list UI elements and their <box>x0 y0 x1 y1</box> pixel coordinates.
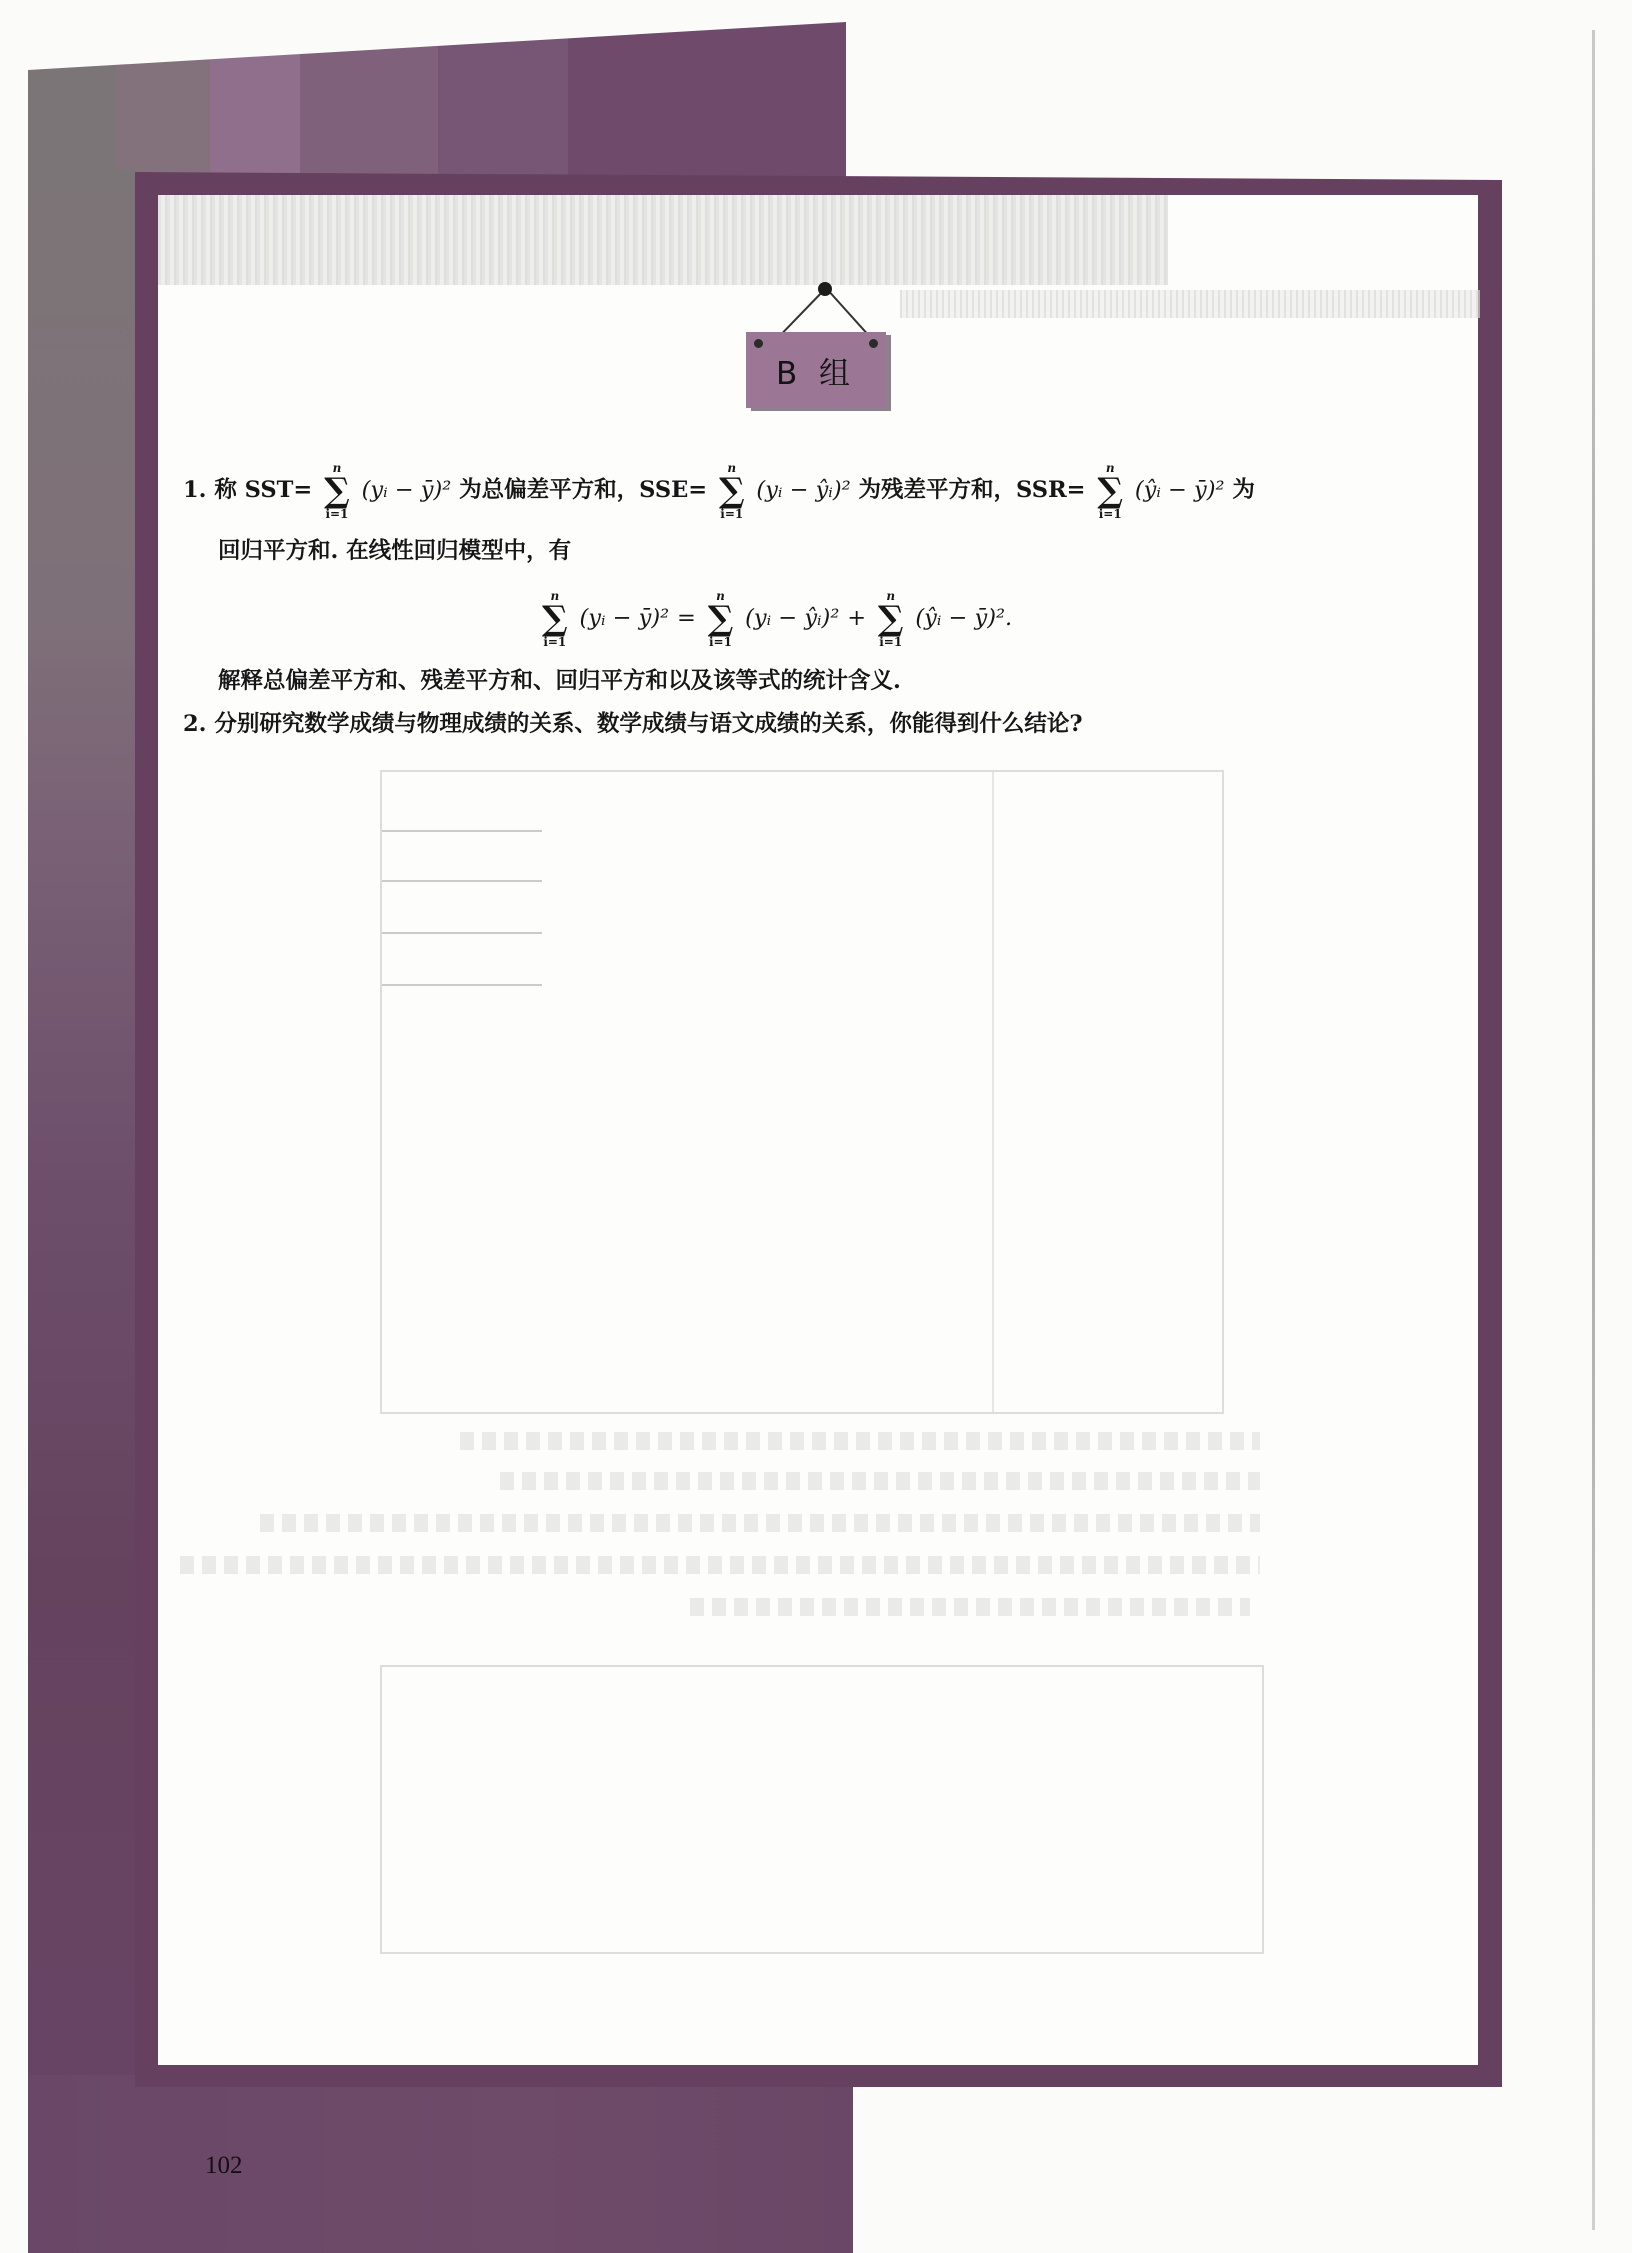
equation-lhs: (yᵢ − ȳ)² <box>579 605 669 631</box>
bleed-through-table <box>380 770 1224 1414</box>
problem-1-line-2: 回归平方和. 在线性回归模型中，有 <box>218 540 571 563</box>
bleed-through-text <box>260 1514 1260 1532</box>
bleed-through-table-2 <box>380 1665 1264 1954</box>
summation-symbol: n∑i=1 <box>324 462 350 520</box>
problem-text: 为残差平方和，SSR= <box>858 477 1085 503</box>
problem-number: 2. <box>183 711 207 737</box>
nail-icon <box>818 282 832 296</box>
sign-plate: B 组 <box>746 332 886 408</box>
equals-sign: = <box>677 605 696 631</box>
summation-symbol: n∑i=1 <box>542 590 568 648</box>
sign-string-right <box>825 287 871 337</box>
ghost-rule <box>382 830 542 832</box>
sign-string-left <box>779 287 826 336</box>
ghost-rule <box>382 984 542 986</box>
summation-symbol: n∑i=1 <box>1097 462 1123 520</box>
problem-1-equation: n∑i=1 (yᵢ − ȳ)² = n∑i=1 (yᵢ − ŷᵢ)² + n∑i… <box>538 590 1012 648</box>
decorative-bottom-band <box>28 2075 853 2253</box>
sign-hole-icon <box>869 339 878 348</box>
bleed-through-text <box>460 1432 1260 1450</box>
sign-hole-icon <box>754 339 763 348</box>
sse-term: (yᵢ − ŷᵢ)² <box>756 477 850 503</box>
header-bleed-band-secondary <box>900 290 1480 318</box>
problem-number: 1. <box>183 477 207 503</box>
decorative-top-band <box>28 22 846 177</box>
problem-2: 2. 分别研究数学成绩与物理成绩的关系、数学成绩与语文成绩的关系，你能得到什么结… <box>183 713 1083 736</box>
summation-symbol: n∑i=1 <box>708 590 734 648</box>
equation-rhs-2: (ŷᵢ − ȳ)². <box>915 605 1012 631</box>
equation-rhs-1: (yᵢ − ŷᵢ)² <box>745 605 839 631</box>
section-title: B 组 <box>776 348 856 393</box>
bleed-through-text <box>500 1472 1260 1490</box>
decorative-left-band <box>28 170 136 2240</box>
page-number: 102 <box>205 2152 243 2180</box>
problem-text: 称 SST= <box>214 477 312 503</box>
bleed-through-text <box>690 1598 1250 1616</box>
bleed-through-text <box>180 1556 1260 1574</box>
ssr-term: (ŷᵢ − ȳ)² <box>1135 477 1225 503</box>
ghost-rule <box>382 880 542 882</box>
page-edge-line <box>1592 30 1595 2230</box>
sst-term: (yᵢ − ȳ)² <box>362 477 452 503</box>
summation-symbol: n∑i=1 <box>719 462 745 520</box>
problem-text: 为总偏差平方和，SSE= <box>459 477 707 503</box>
plus-sign: + <box>847 605 866 631</box>
ghost-divider <box>992 772 994 1412</box>
section-sign: B 组 <box>740 282 910 422</box>
problem-text: 分别研究数学成绩与物理成绩的关系、数学成绩与语文成绩的关系，你能得到什么结论? <box>214 711 1082 737</box>
ghost-rule <box>382 932 542 934</box>
problem-1-line-4: 解释总偏差平方和、残差平方和、回归平方和以及该等式的统计含义. <box>218 670 901 693</box>
problem-text: 为 <box>1232 477 1255 503</box>
summation-symbol: n∑i=1 <box>878 590 904 648</box>
header-bleed-band <box>158 195 1168 285</box>
problem-1-line-1: 1. 称 SST= n∑i=1 (yᵢ − ȳ)² 为总偏差平方和，SSE= n… <box>183 462 1255 520</box>
